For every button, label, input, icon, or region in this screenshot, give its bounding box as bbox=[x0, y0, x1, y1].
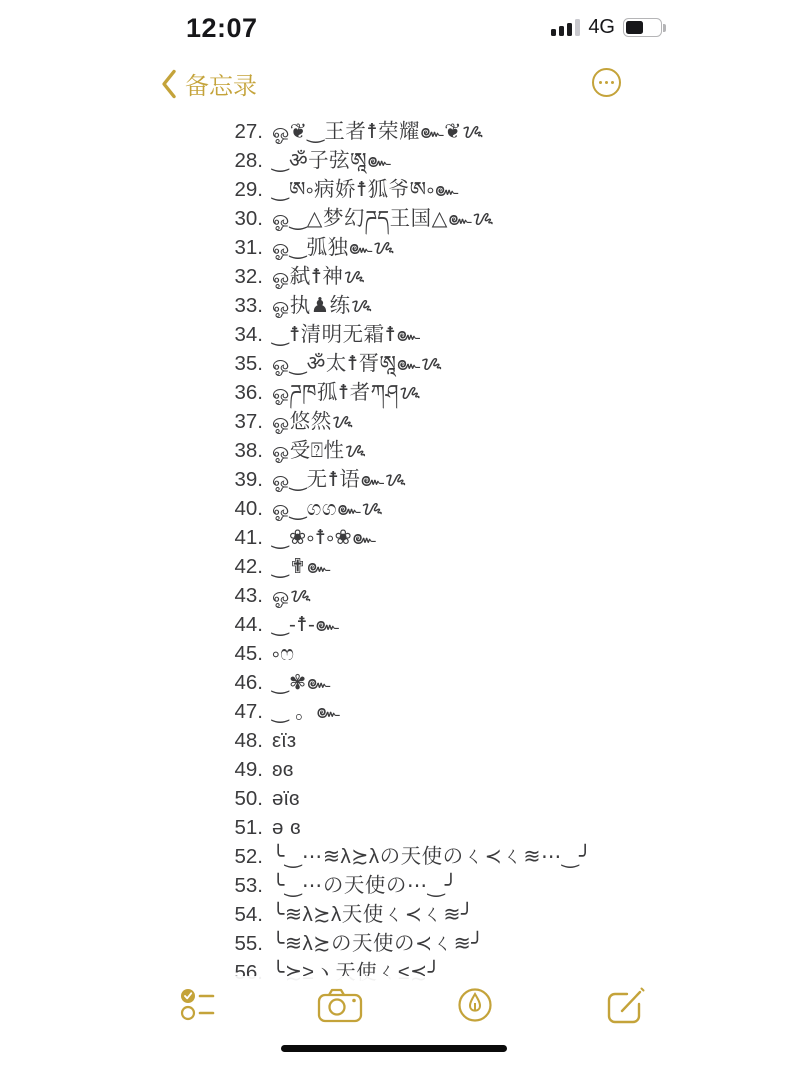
more-menu-button[interactable] bbox=[592, 68, 621, 97]
list-item-text: ‿ 。๛ bbox=[272, 697, 340, 726]
battery-icon bbox=[623, 18, 662, 37]
note-content[interactable]: 27. ஓ❦‿王者☨荣耀๛❦ᝰ 28. ‿ॐ子弦ཨཱ๛ 29. ‿ཨ༚病娇☨狐爷… bbox=[0, 117, 800, 987]
list-item-text: ‿❀༚☨༚❀๛ bbox=[272, 523, 376, 552]
list-item[interactable]: 39. ஓ‿无☨语๛ᝰ bbox=[0, 465, 800, 494]
list-item-number: 47. bbox=[0, 697, 263, 726]
list-item-text: əϊɞ bbox=[272, 784, 300, 813]
list-item-number: 48. bbox=[0, 726, 263, 755]
list-item[interactable]: 47. ‿ 。๛ bbox=[0, 697, 800, 726]
list-item-number: 29. bbox=[0, 175, 263, 204]
list-item[interactable]: 34. ‿☨清明无霜☨๛ bbox=[0, 320, 800, 349]
list-item[interactable]: 27. ஓ❦‿王者☨荣耀๛❦ᝰ bbox=[0, 117, 800, 146]
list-item-text: ஓ‿ॐ太☨胥ཨཱ๛ᝰ bbox=[272, 349, 443, 378]
list-item-number: 49. bbox=[0, 755, 263, 784]
list-item-text: ஓᝰ bbox=[272, 581, 312, 610]
list-item-number: 50. bbox=[0, 784, 263, 813]
list-item-text: ஓ‿ගග๛ᝰ bbox=[272, 494, 383, 523]
list-item[interactable]: 44. ‿-☨-๛ bbox=[0, 610, 800, 639]
list-item[interactable]: 53. ╰‿⋯の天使の⋯‿╯ bbox=[0, 871, 800, 900]
list-item[interactable]: 46. ‿✾๛ bbox=[0, 668, 800, 697]
markup-button[interactable] bbox=[456, 986, 494, 1024]
markup-pen-icon bbox=[456, 986, 494, 1024]
list-item-text: ə ɞ bbox=[272, 813, 301, 842]
list-item[interactable]: 30. ஓ‿△梦幻ཌད王国△๛ᝰ bbox=[0, 204, 800, 233]
list-item[interactable]: 50. əϊɞ bbox=[0, 784, 800, 813]
list-item[interactable]: 37. ஓ悠然ᝰ bbox=[0, 407, 800, 436]
list-item-number: 30. bbox=[0, 204, 263, 233]
list-item-number: 39. bbox=[0, 465, 263, 494]
list-item-text: ஓ‿无☨语๛ᝰ bbox=[272, 465, 407, 494]
list-item[interactable]: 31. ஓ‿弧独๛ᝰ bbox=[0, 233, 800, 262]
list-item-number: 43. bbox=[0, 581, 263, 610]
list-item[interactable]: 32. ஓ弑☨神ᝰ bbox=[0, 262, 800, 291]
list-item-text: ஓ‿弧独๛ᝰ bbox=[272, 233, 395, 262]
list-item-number: 41. bbox=[0, 523, 263, 552]
list-item-text: ‿ཨ༚病娇☨狐爷ཨ༚๛ bbox=[272, 175, 459, 204]
list-item-text: ‿-☨-๛ bbox=[272, 610, 340, 639]
list-item[interactable]: 28. ‿ॐ子弦ཨཱ๛ bbox=[0, 146, 800, 175]
list-item-text: ஓ❦‿王者☨荣耀๛❦ᝰ bbox=[272, 117, 484, 146]
list-item-number: 37. bbox=[0, 407, 263, 436]
list-item[interactable]: 41. ‿❀༚☨༚❀๛ bbox=[0, 523, 800, 552]
list-item[interactable]: 40. ஓ‿ගග๛ᝰ bbox=[0, 494, 800, 523]
list-item-number: 34. bbox=[0, 320, 263, 349]
checklist-button[interactable] bbox=[179, 986, 229, 1022]
compose-icon bbox=[605, 986, 647, 1026]
list-item-number: 44. bbox=[0, 610, 263, 639]
ellipsis-icon bbox=[599, 81, 614, 84]
list-item-number: 35. bbox=[0, 349, 263, 378]
list-item-number: 33. bbox=[0, 291, 263, 320]
list-item[interactable]: 49. ʚɞ bbox=[0, 755, 800, 784]
list-item-number: 32. bbox=[0, 262, 263, 291]
list-item-number: 52. bbox=[0, 842, 263, 871]
camera-button[interactable] bbox=[316, 986, 366, 1024]
status-bar: 12:07 4G bbox=[0, 0, 800, 52]
network-type-label: 4G bbox=[588, 16, 615, 39]
list-item-text: ‿✟๛ bbox=[272, 552, 331, 581]
list-item-number: 55. bbox=[0, 929, 263, 958]
list-item-text: εϊз bbox=[272, 726, 297, 755]
bottom-toolbar bbox=[0, 976, 800, 1067]
list-item[interactable]: 48. εϊз bbox=[0, 726, 800, 755]
list-item[interactable]: 38. ஓ受⍰性ᝰ bbox=[0, 436, 800, 465]
list-item-number: 27. bbox=[0, 117, 263, 146]
list-item-number: 36. bbox=[0, 378, 263, 407]
list-item-text: ஓ‿△梦幻ཌད王国△๛ᝰ bbox=[272, 204, 494, 233]
list-item[interactable]: 35. ஓ‿ॐ太☨胥ཨཱ๛ᝰ bbox=[0, 349, 800, 378]
list-item[interactable]: 51. ə ɞ bbox=[0, 813, 800, 842]
list-item-number: 46. bbox=[0, 668, 263, 697]
list-item-text: ‿☨清明无霜☨๛ bbox=[272, 320, 421, 349]
checklist-icon bbox=[179, 986, 229, 1022]
list-item-text: ╰≋λ≿λ天使ㄑ≺ㄑ≋╯ bbox=[272, 900, 474, 929]
list-item-number: 53. bbox=[0, 871, 263, 900]
list-item-number: 28. bbox=[0, 146, 263, 175]
back-button-label: 备忘录 bbox=[185, 66, 257, 101]
list-item-number: 38. bbox=[0, 436, 263, 465]
list-item[interactable]: 36. ஓཌཁ孤☨者ཀཤᝰ bbox=[0, 378, 800, 407]
signal-strength-icon bbox=[551, 19, 581, 36]
list-item-text: ʚɞ bbox=[272, 755, 294, 784]
back-button[interactable]: 备忘录 bbox=[160, 66, 257, 101]
navigation-bar: 备忘录 bbox=[0, 60, 800, 108]
list-item[interactable]: 45. ༚ෆ bbox=[0, 639, 800, 668]
compose-button[interactable] bbox=[605, 986, 647, 1026]
chevron-left-icon bbox=[160, 69, 177, 99]
list-item-text: ஓ执♟练ᝰ bbox=[272, 291, 373, 320]
list-item-text: ╰‿⋯の天使の⋯‿╯ bbox=[272, 871, 458, 900]
list-item-text: ╰‿⋯≋λ≿λの天使のㄑ≺ㄑ≋⋯‿╯ bbox=[272, 842, 592, 871]
list-item-text: ஓ悠然ᝰ bbox=[272, 407, 354, 436]
list-item[interactable]: 55. ╰≋λ≿の天使の≺ㄑ≋╯ bbox=[0, 929, 800, 958]
list-item[interactable]: 29. ‿ཨ༚病娇☨狐爷ཨ༚๛ bbox=[0, 175, 800, 204]
list-item-number: 40. bbox=[0, 494, 263, 523]
list-item-text: ‿ॐ子弦ཨཱ๛ bbox=[272, 146, 391, 175]
list-item-text: ‿✾๛ bbox=[272, 668, 331, 697]
list-item[interactable]: 42. ‿✟๛ bbox=[0, 552, 800, 581]
list-item-text: ஓཌཁ孤☨者ཀཤᝰ bbox=[272, 378, 421, 407]
list-item[interactable]: 52. ╰‿⋯≋λ≿λの天使のㄑ≺ㄑ≋⋯‿╯ bbox=[0, 842, 800, 871]
list-item-number: 42. bbox=[0, 552, 263, 581]
notes-app-screen: 12:07 4G 备忘录 27. ஓ❦‿王者☨荣耀๛❦ᝰ bbox=[0, 0, 800, 1067]
list-item-number: 31. bbox=[0, 233, 263, 262]
list-item-text: ╰≋λ≿の天使の≺ㄑ≋╯ bbox=[272, 929, 484, 958]
list-item[interactable]: 54. ╰≋λ≿λ天使ㄑ≺ㄑ≋╯ bbox=[0, 900, 800, 929]
camera-icon bbox=[316, 986, 366, 1024]
list-item-text: ஓ受⍰性ᝰ bbox=[272, 436, 367, 465]
list-item-number: 45. bbox=[0, 639, 263, 668]
list-item-text: ஓ弑☨神ᝰ bbox=[272, 262, 365, 291]
list-item-number: 54. bbox=[0, 900, 263, 929]
list-item-text: ༚ෆ bbox=[272, 639, 294, 668]
list-item[interactable]: 33. ஓ执♟练ᝰ bbox=[0, 291, 800, 320]
list-item[interactable]: 43. ஓᝰ bbox=[0, 581, 800, 610]
clock: 12:07 bbox=[186, 13, 258, 44]
home-indicator[interactable] bbox=[281, 1045, 507, 1052]
list-item-number: 51. bbox=[0, 813, 263, 842]
